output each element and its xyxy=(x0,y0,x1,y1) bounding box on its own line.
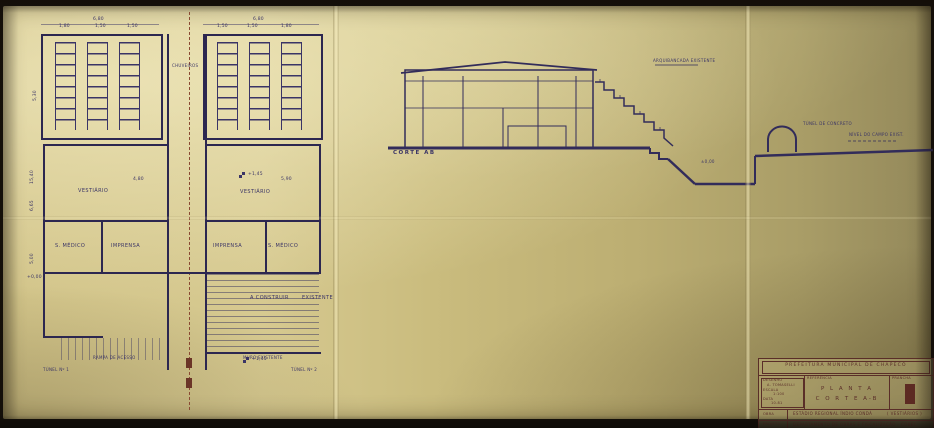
title-block-divider xyxy=(787,420,788,428)
plan-wall xyxy=(205,144,321,146)
plan-wall xyxy=(43,144,169,146)
plan-wall xyxy=(319,144,321,274)
field-desenho-label: DESENHO xyxy=(763,379,782,383)
zone-label-a-construir: A CONSTRUIR xyxy=(250,296,289,301)
plan-wall xyxy=(43,220,169,222)
title-block-divider xyxy=(759,409,933,410)
dim-text: 5,00 xyxy=(31,253,36,264)
cut-line-tick xyxy=(186,378,192,388)
benchmark-symbol xyxy=(239,172,245,178)
stall-row xyxy=(119,42,140,130)
field-desenho-value: A. TOMASELLI xyxy=(767,384,795,388)
paper-fold xyxy=(333,6,339,419)
dim-text: 1,50 xyxy=(127,25,138,30)
dim-text: 1,80 xyxy=(59,25,70,30)
section-cut-line xyxy=(189,12,190,410)
room-label-vestiario-left: VESTIÁRIO xyxy=(78,189,108,194)
section-title: CORTE AB xyxy=(393,151,436,157)
stair-edge xyxy=(207,352,321,354)
dim-text: 1,50 xyxy=(217,25,228,30)
referencia-planta: P L A N T A xyxy=(805,387,889,393)
field-escala-value: 1:100 xyxy=(773,393,785,397)
dim-text: 5,30 xyxy=(34,90,39,101)
dim-text: 6,80 xyxy=(253,18,264,23)
dim-text: 6,65 xyxy=(31,200,36,211)
room-label-imprensa-right: IMPRENSA xyxy=(213,244,242,249)
room-label-imprensa-left: IMPRENSA xyxy=(111,244,140,249)
stall-row xyxy=(217,42,238,130)
room-label-chuveiros: CHUVEIROS xyxy=(172,64,198,68)
room-divider xyxy=(101,222,103,272)
blueprint-paper: VESTIÁRIO VESTIÁRIO S. MÉDICO IMPRENSA I… xyxy=(3,6,931,419)
room-label-sala-medico-right: S. MÉDICO xyxy=(268,244,298,249)
title-block: PREFEITURA MUNICIPAL DE CHAPECÓ DESENHO … xyxy=(758,358,934,428)
title-block-divider xyxy=(889,375,890,409)
obra-label: OBRA xyxy=(763,413,774,417)
room-divider xyxy=(265,222,267,272)
benchmark-level: +1,45 xyxy=(252,358,267,363)
label-rampa: RAMPA DE ACESSO xyxy=(93,356,136,360)
stall-row xyxy=(87,42,108,130)
stall-row xyxy=(281,42,302,130)
dim-text: 5,90 xyxy=(281,178,292,183)
projeto-label: PROJETO xyxy=(763,423,781,427)
dim-text: +0,00 xyxy=(27,276,42,281)
obra-note: ( VESTIÁRIOS ) xyxy=(887,412,922,416)
section-level-zero: ±0,00 xyxy=(701,160,715,164)
label-tunel-1: TÚNEL Nº 1 xyxy=(43,368,69,372)
obra-value: ESTÁDIO REGIONAL ÍNDIO CONDÁ xyxy=(793,412,872,416)
plan-wall xyxy=(43,144,45,338)
zone-label-existente: EXISTENTE xyxy=(302,296,333,301)
field-data-value: 10.81 xyxy=(771,402,783,406)
blueprint-photo: VESTIÁRIO VESTIÁRIO S. MÉDICO IMPRENSA I… xyxy=(0,0,934,428)
plan-wall xyxy=(205,220,321,222)
label-arquibancada-existente: ARQUIBANCADA EXISTENTE xyxy=(653,59,715,63)
benchmark-level: +1,45 xyxy=(248,173,263,178)
dim-text: 1,80 xyxy=(281,25,292,30)
projeto-value: DEPARTAMENTO DE OBRAS E FISCALIZAÇÃO - C… xyxy=(793,423,917,427)
label-tunel-2: TÚNEL Nº 2 xyxy=(291,368,317,372)
label-nivel-campo: NÍVEL DO CAMPO EXIST. xyxy=(849,133,904,137)
dim-text: 1,50 xyxy=(247,25,258,30)
stair-hatch xyxy=(207,274,319,352)
prancha-number-box xyxy=(905,384,915,404)
prancha-label: PRANCHA xyxy=(892,377,911,381)
room-label-sala-medico-left: S. MÉDICO xyxy=(55,244,85,249)
dim-text: 4,80 xyxy=(133,178,144,183)
title-block-divider xyxy=(759,420,933,421)
referencia-corte: C O R T E A-B xyxy=(805,397,889,403)
stall-row xyxy=(249,42,270,130)
cut-line-tick xyxy=(186,358,192,368)
corridor-wall xyxy=(167,34,169,370)
dim-text: 6,80 xyxy=(93,18,104,23)
referencia-label: REFERÊNCIA xyxy=(807,377,832,381)
dim-text: 1,50 xyxy=(95,25,106,30)
label-tunel-concreto: TÚNEL DE CONCRETO xyxy=(803,122,852,126)
room-label-vestiario-right: VESTIÁRIO xyxy=(240,190,270,195)
dim-text: 15,40 xyxy=(31,170,36,184)
stall-row xyxy=(55,42,76,130)
title-block-header: PREFEITURA MUNICIPAL DE CHAPECÓ xyxy=(759,364,933,369)
